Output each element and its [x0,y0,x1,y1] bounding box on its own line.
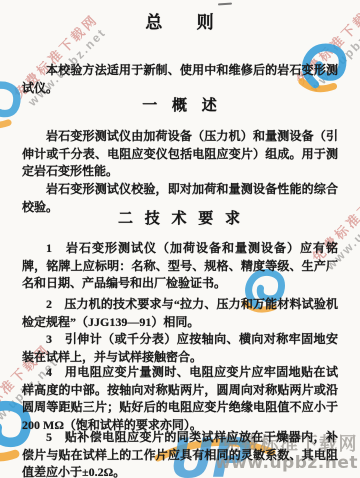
scanned-document-page: 免费标准下载网 www.upbz.net 免费标准下载网 www.upbz.ne… [0,0,360,478]
requirement-item-5: 5 贴补偿电阻应变片的同类试样应放在干燥器内，补偿片与贴在试样上的工作片应具有相… [22,429,338,478]
page-title: 总 则 [0,8,360,33]
requirement-item-3: 3 引伸计（或千分表）应按轴向、横向对称牢固地安装在试样上，并与试样接触密合。 [22,331,338,366]
intro-paragraph: 本校验方法适用于新制、使用中和维修后的岩石变形测试仪。 [22,62,338,97]
section-1-paragraph: 岩石变形测试仪由加荷设备（压力机）和量测设备（引伸计或千分表、电阻应变仪包括电阻… [22,128,338,181]
scan-artifact [218,3,232,6]
requirement-item-2: 2 压力机的技术要求与“拉力、压力和万能材料试验机检定规程”（JJG139—91… [22,296,338,331]
requirement-item-1: 1 岩石变形测试仪（加荷设备和量测设备）应有铭牌，铭牌上应标明：名称、型号、规格… [22,240,338,293]
section-1-heading: 一 概 述 [0,94,360,115]
requirement-item-4: 4 用电阻应变片量测时、电阻应变片应牢固地贴在试样高度的中部。按轴向对称贴两片，… [22,364,338,434]
section-2-heading: 二 技 术 要 求 [0,207,360,228]
